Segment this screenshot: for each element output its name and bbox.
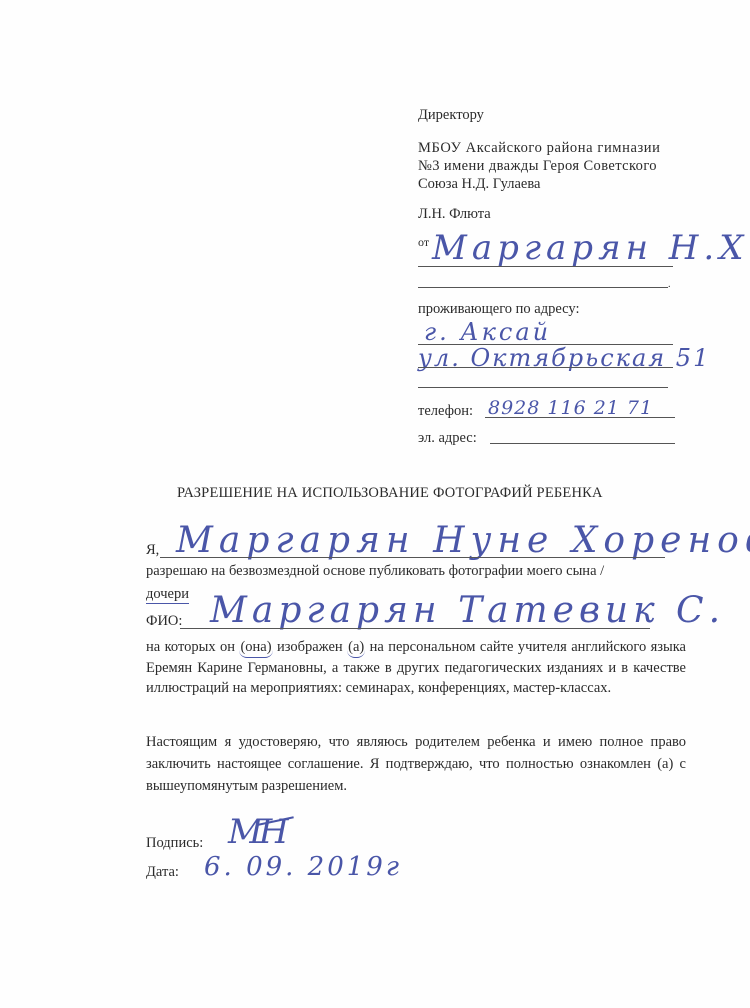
signature-value: МН [228, 812, 284, 852]
usage-part1: на которых он [146, 639, 235, 655]
from-label: от [418, 233, 429, 251]
daughter-word: дочери [146, 585, 189, 603]
from-underline [418, 266, 673, 267]
usage-part2: изображен [277, 639, 343, 655]
date-value: 6. 09. 2019г [204, 852, 402, 882]
child-name: Маргарян Татевик С. [210, 590, 725, 631]
from-line-dot: . [668, 276, 671, 294]
parent-name-underline [160, 557, 665, 558]
usage-paragraph: на которых он (она) изображен (а) на пер… [146, 637, 686, 698]
document-title: РАЗРЕШЕНИЕ НА ИСПОЛЬЗОВАНИЕ ФОТОГРАФИЙ Р… [177, 484, 603, 502]
address-underline-2 [418, 367, 673, 368]
addressee-org-line1: МБОУ Аксайского района гимназии [418, 139, 661, 157]
from-underline-2 [418, 287, 668, 288]
daughter-word-text: дочери [146, 586, 189, 604]
signature-label: Подпись: [146, 834, 203, 852]
child-label: ФИО: [146, 612, 182, 630]
address-label: проживающего по адресу: [418, 300, 580, 318]
addressee-org-line2: №3 имени дважды Героя Советского [418, 157, 657, 175]
email-label: эл. адрес: [418, 429, 477, 447]
from-value: Маргарян Н.Х. [432, 228, 750, 268]
email-underline [490, 443, 675, 444]
address-line1: г. Аксай [424, 318, 551, 346]
date-label: Дата: [146, 863, 179, 881]
addressee-org-line3: Союза Н.Д. Гулаева [418, 175, 540, 193]
usage-a-circled: (а) [347, 637, 365, 658]
addressee-to-label: Директору [418, 106, 484, 124]
usage-she-circled: (она) [239, 637, 272, 658]
phone-value: 8928 116 21 71 [488, 397, 653, 419]
child-name-underline [180, 628, 650, 629]
phone-underline [485, 417, 675, 418]
confirmation-paragraph: Настоящим я удостоверяю, что являюсь род… [146, 731, 686, 797]
phone-label: телефон: [418, 402, 473, 420]
addressee-director-name: Л.Н. Флюта [418, 205, 491, 223]
permission-text: разрешаю на безвозмездной основе публико… [146, 562, 604, 580]
parent-name: Маргарян Нуне Хореновна. [176, 520, 750, 561]
parent-label: Я, [146, 541, 159, 559]
address-underline-3 [418, 387, 668, 388]
